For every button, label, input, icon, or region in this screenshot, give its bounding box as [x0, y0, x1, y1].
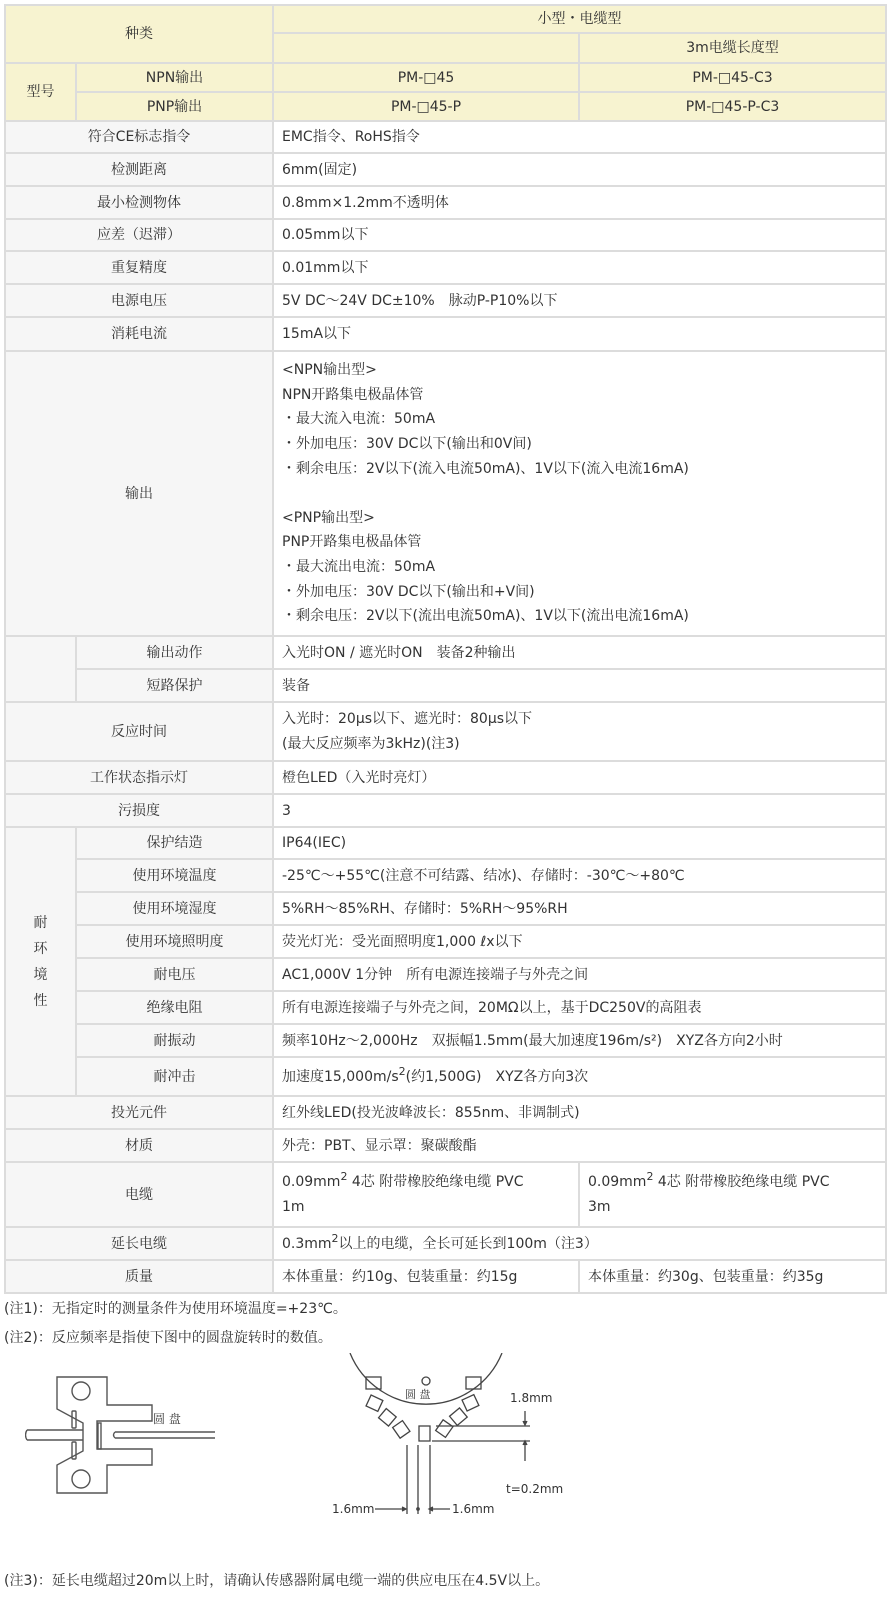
table-row: 耐冲击 加速度15,000m/s2(约1,500G) XYZ各方向3次 — [5, 1057, 886, 1096]
protection-value: IP64(IEC) — [273, 827, 886, 859]
table-row: 工作状态指示灯 橙色LED（入光时亮灯） — [5, 761, 886, 794]
table-row: 电源电压 5V DC～24V DC±10% 脉动P-P10%以下 — [5, 284, 886, 317]
weight-label: 质量 — [5, 1260, 273, 1293]
dim-left-width: 1.6mm — [332, 1502, 374, 1516]
voltage-withstand-label: 耐电压 — [76, 958, 273, 991]
sensing-range-label: 检测距离 — [5, 153, 273, 186]
output-value: <NPN输出型> NPN开路集电极晶体管 ・最大流入电流：50mA ・外加电压：… — [273, 351, 886, 636]
table-row: 反应时间 入光时：20μs以下、遮光时：80μs以下 (最大反应频率为3kHz)… — [5, 702, 886, 761]
repeatability-value: 0.01mm以下 — [273, 251, 886, 284]
response-time-label: 反应时间 — [5, 702, 273, 761]
note-3: (注3)：延长电缆超过20m以上时，请确认传感器附属电缆一端的供应电压在4.5V… — [4, 1570, 549, 1590]
indicator-label: 工作状态指示灯 — [5, 761, 273, 794]
npn-residual-voltage: ・剩余电压：2V以下(流入电流50mA)、1V以下(流入电流16mA) — [282, 457, 877, 482]
table-row: 消耗电流 15mA以下 — [5, 317, 886, 351]
table-row: 耐振动 频率10Hz～2,000Hz 双振幅1.5mm(最大加速度196m/s²… — [5, 1024, 886, 1057]
pollution-label: 污损度 — [5, 794, 273, 827]
category-header: 种类 — [5, 5, 273, 63]
humidity-label: 使用环境湿度 — [76, 892, 273, 925]
humidity-value: 5%RH～85%RH、存储时：5%RH～95%RH — [273, 892, 886, 925]
table-row: 符合CE标志指令 EMC指令、RoHS指令 — [5, 121, 886, 153]
npn-type: NPN开路集电极晶体管 — [282, 383, 877, 408]
table-row: 最小检测物体 0.8mm×1.2mm不透明体 — [5, 186, 886, 219]
output-operation-value: 入光时ON / 遮光时ON 装备2种输出 — [273, 636, 886, 669]
table-row: 使用环境照明度 荧光灯光：受光面照明度1,000 ℓx以下 — [5, 925, 886, 958]
output-label: 输出 — [5, 351, 273, 636]
shock-value: 加速度15,000m/s2(约1,500G) XYZ各方向3次 — [273, 1057, 886, 1096]
sensing-range-value: 6mm(固定) — [273, 153, 886, 186]
shock-label: 耐冲击 — [76, 1057, 273, 1096]
voltage-withstand-value: AC1,000V 1分钟 所有电源连接端子与外壳之间 — [273, 958, 886, 991]
illuminance-value: 荧光灯光：受光面照明度1,000 ℓx以下 — [273, 925, 886, 958]
spec-table: 种类 小型・电缆型 3m电缆长度型 型号 NPN输出 PM-□45 PM-□45… — [4, 4, 887, 1294]
dim-slot-height: 1.8mm — [510, 1391, 552, 1405]
cable-extension-label: 延长电缆 — [5, 1227, 273, 1260]
npn-applied-voltage: ・外加电压：30V DC以下(输出和0V间) — [282, 432, 877, 457]
supply-voltage-label: 电源电压 — [5, 284, 273, 317]
material-value: 外壳：PBT、显示罩：聚碳酸酯 — [273, 1129, 886, 1162]
supply-voltage-value: 5V DC～24V DC±10% 脉动P-P10%以下 — [273, 284, 886, 317]
short-circuit-label: 短路保护 — [76, 669, 273, 702]
emitter-label: 投光元件 — [5, 1096, 273, 1129]
insulation-value: 所有电源连接端子与外壳之间，20MΩ以上，基于DC250V的高阻表 — [273, 991, 886, 1024]
pnp-residual-voltage: ・剩余电压：2V以下(流出电流50mA)、1V以下(流出电流16mA) — [282, 604, 877, 629]
npn-max-current: ・最大流入电流：50mA — [282, 407, 877, 432]
table-row: 检测距离 6mm(固定) — [5, 153, 886, 186]
vibration-label: 耐振动 — [76, 1024, 273, 1057]
pnp-type: PNP开路集电极晶体管 — [282, 530, 877, 555]
pnp-model-1m: PM-□45-P — [273, 92, 579, 121]
output-operation-label: 输出动作 — [76, 636, 273, 669]
note-1: (注1)：无指定时的测量条件为使用环境温度=+23℃。 — [4, 1295, 890, 1324]
temperature-label: 使用环境温度 — [76, 859, 273, 892]
table-row: 重复精度 0.01mm以下 — [5, 251, 886, 284]
current-value: 15mA以下 — [273, 317, 886, 351]
short-circuit-value: 装备 — [273, 669, 886, 702]
table-row: 材质 外壳：PBT、显示罩：聚碳酸酯 — [5, 1129, 886, 1162]
npn-model-3m: PM-□45-C3 — [579, 63, 886, 92]
environment-group-label: 耐 环 境 性 — [5, 827, 76, 1096]
output-group-spacer — [5, 636, 76, 702]
table-row: 绝缘电阻 所有电源连接端子与外壳之间，20MΩ以上，基于DC250V的高阻表 — [5, 991, 886, 1024]
table-row: 电缆 0.09mm2 4芯 附带橡胶绝缘电缆 PVC 1m 0.09mm2 4芯… — [5, 1162, 886, 1227]
cable-extension-value: 0.3mm2以上的电缆，全长可延长到100m（注3） — [273, 1227, 886, 1260]
protection-label: 保护结造 — [76, 827, 273, 859]
ce-value: EMC指令、RoHS指令 — [273, 121, 886, 153]
subtype-header-3m: 3m电缆长度型 — [579, 33, 886, 63]
ce-label: 符合CE标志指令 — [5, 121, 273, 153]
hysteresis-label: 应差（迟滞） — [5, 219, 273, 251]
table-row: 耐 环 境 性 保护结造 IP64(IEC) — [5, 827, 886, 859]
current-label: 消耗电流 — [5, 317, 273, 351]
table-row: 延长电缆 0.3mm2以上的电缆，全长可延长到100m（注3） — [5, 1227, 886, 1260]
table-row: 应差（迟滞） 0.05mm以下 — [5, 219, 886, 251]
pnp-applied-voltage: ・外加电压：30V DC以下(输出和+V间) — [282, 580, 877, 605]
sensor-diagram: 圆 盘 — [25, 1368, 235, 1508]
hysteresis-value: 0.05mm以下 — [273, 219, 886, 251]
weight-value-3m: 本体重量：约30g、包装重量：约35g — [579, 1260, 886, 1293]
disc-label-left: 圆 盘 — [153, 1412, 181, 1426]
subtype-header-1m — [273, 33, 579, 63]
dim-right-width: 1.6mm — [452, 1502, 494, 1516]
disc-diagram: 圆 盘 1.8mm t=0.2mm 1.6mm 1.6mm — [330, 1353, 590, 1553]
min-object-value: 0.8mm×1.2mm不透明体 — [273, 186, 886, 219]
min-object-label: 最小检测物体 — [5, 186, 273, 219]
pnp-model-3m: PM-□45-P-C3 — [579, 92, 886, 121]
insulation-label: 绝缘电阻 — [76, 991, 273, 1024]
indicator-value: 橙色LED（入光时亮灯） — [273, 761, 886, 794]
table-row: 污损度 3 — [5, 794, 886, 827]
table-row: 质量 本体重量：约10g、包装重量：约15g 本体重量：约30g、包装重量：约3… — [5, 1260, 886, 1293]
note-2: (注2)：反应频率是指使下图中的圆盘旋转时的数值。 — [4, 1324, 890, 1353]
cable-value-3m: 0.09mm2 4芯 附带橡胶绝缘电缆 PVC 3m — [579, 1162, 886, 1227]
npn-model-1m: PM-□45 — [273, 63, 579, 92]
table-row: 耐电压 AC1,000V 1分钟 所有电源连接端子与外壳之间 — [5, 958, 886, 991]
notes: (注1)：无指定时的测量条件为使用环境温度=+23℃。 (注2)：反应频率是指使… — [0, 1295, 890, 1353]
table-row: 输出 <NPN输出型> NPN开路集电极晶体管 ・最大流入电流：50mA ・外加… — [5, 351, 886, 636]
emitter-value: 红外线LED(投光波峰波长：855nm、非调制式) — [273, 1096, 886, 1129]
table-row: 短路保护 装备 — [5, 669, 886, 702]
material-label: 材质 — [5, 1129, 273, 1162]
response-time-value: 入光时：20μs以下、遮光时：80μs以下 (最大反应频率为3kHz)(注3) — [273, 702, 886, 761]
spec-sheet: 种类 小型・电缆型 3m电缆长度型 型号 NPN输出 PM-□45 PM-□45… — [0, 0, 890, 1294]
vibration-value: 频率10Hz～2,000Hz 双振幅1.5mm(最大加速度196m/s²) XY… — [273, 1024, 886, 1057]
temperature-value: -25℃～+55℃(注意不可结露、结冰)、存储时：-30℃～+80℃ — [273, 859, 886, 892]
pollution-value: 3 — [273, 794, 886, 827]
dim-thickness: t=0.2mm — [506, 1482, 563, 1496]
table-row: 使用环境温度 -25℃～+55℃(注意不可结露、结冰)、存储时：-30℃～+80… — [5, 859, 886, 892]
disc-label-right: 圆 盘 — [405, 1387, 431, 1401]
series-header: 小型・电缆型 — [273, 5, 886, 33]
pnp-title: <PNP输出型> — [282, 506, 877, 531]
pnp-max-current: ・最大流出电流：50mA — [282, 555, 877, 580]
pnp-output-label: PNP输出 — [76, 92, 273, 121]
cable-label: 电缆 — [5, 1162, 273, 1227]
table-row: 输出动作 入光时ON / 遮光时ON 装备2种输出 — [5, 636, 886, 669]
table-row: 投光元件 红外线LED(投光波峰波长：855nm、非调制式) — [5, 1096, 886, 1129]
model-header: 型号 — [5, 63, 76, 121]
response-time-line2: (最大反应频率为3kHz)(注3) — [282, 732, 877, 757]
table-row: 使用环境湿度 5%RH～85%RH、存储时：5%RH～95%RH — [5, 892, 886, 925]
cable-value-1m: 0.09mm2 4芯 附带橡胶绝缘电缆 PVC 1m — [273, 1162, 579, 1227]
illuminance-label: 使用环境照明度 — [76, 925, 273, 958]
npn-output-label: NPN输出 — [76, 63, 273, 92]
weight-value-1m: 本体重量：约10g、包装重量：约15g — [273, 1260, 579, 1293]
npn-title: <NPN输出型> — [282, 358, 877, 383]
response-time-line1: 入光时：20μs以下、遮光时：80μs以下 — [282, 707, 877, 732]
repeatability-label: 重复精度 — [5, 251, 273, 284]
